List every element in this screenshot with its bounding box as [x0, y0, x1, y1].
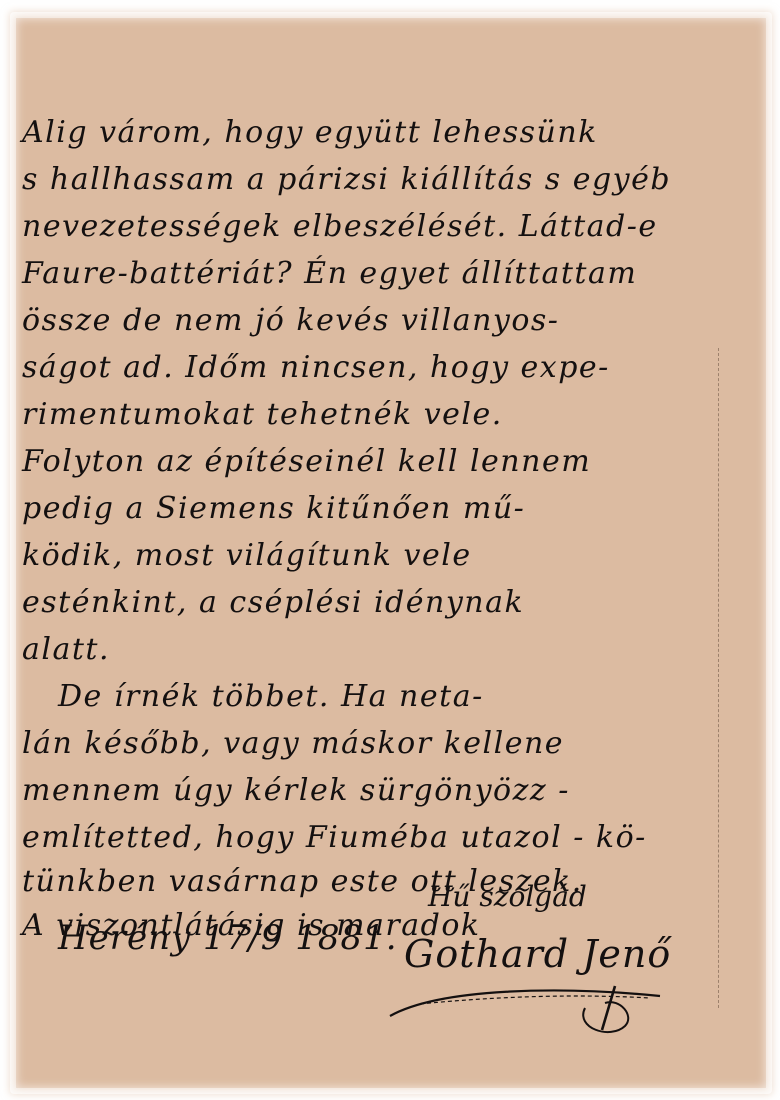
letter-line: Folyton az építéseinél kell lennem	[22, 447, 591, 477]
letter-line: De írnék többet. Ha neta-	[58, 682, 484, 712]
letter-line: pedig a Siemens kitűnően mű-	[22, 494, 525, 524]
letter-line: nevezetességek elbeszélését. Láttad-e	[22, 212, 658, 242]
letter-line: Faure-battériát? Én egyet állíttattam	[22, 259, 637, 289]
letter-line: rimentumokat tehetnék vele.	[22, 400, 503, 430]
page-background: Alig várom, hogy együtt lehessünk s hall…	[0, 0, 780, 1100]
place-and-date: Herény 17/9 1881.	[58, 918, 398, 958]
letter-line: össze de nem jó kevés villanyos-	[22, 306, 559, 336]
valediction: Hű szolgád	[428, 880, 587, 913]
letter-line: alatt.	[22, 635, 110, 665]
letter-line: Alig várom, hogy együtt lehessünk	[22, 118, 598, 148]
letter-line: ságot ad. Időm nincsen, hogy expe-	[22, 353, 610, 383]
signature-flourish-icon	[380, 968, 670, 1038]
fold-line	[718, 348, 719, 1008]
letter-line: s hallhassam a párizsi kiállítás s egyéb	[22, 165, 671, 195]
letter-line: ködik, most világítunk vele	[22, 541, 472, 571]
letter-line: esténkint, a cséplési idénynak	[22, 588, 524, 618]
letter-line: mennem úgy kérlek sürgönyözz -	[22, 776, 570, 806]
letter-line: lán később, vagy máskor kellene	[22, 729, 564, 759]
letter-line: említetted, hogy Fiuméba utazol - kö-	[22, 823, 647, 853]
